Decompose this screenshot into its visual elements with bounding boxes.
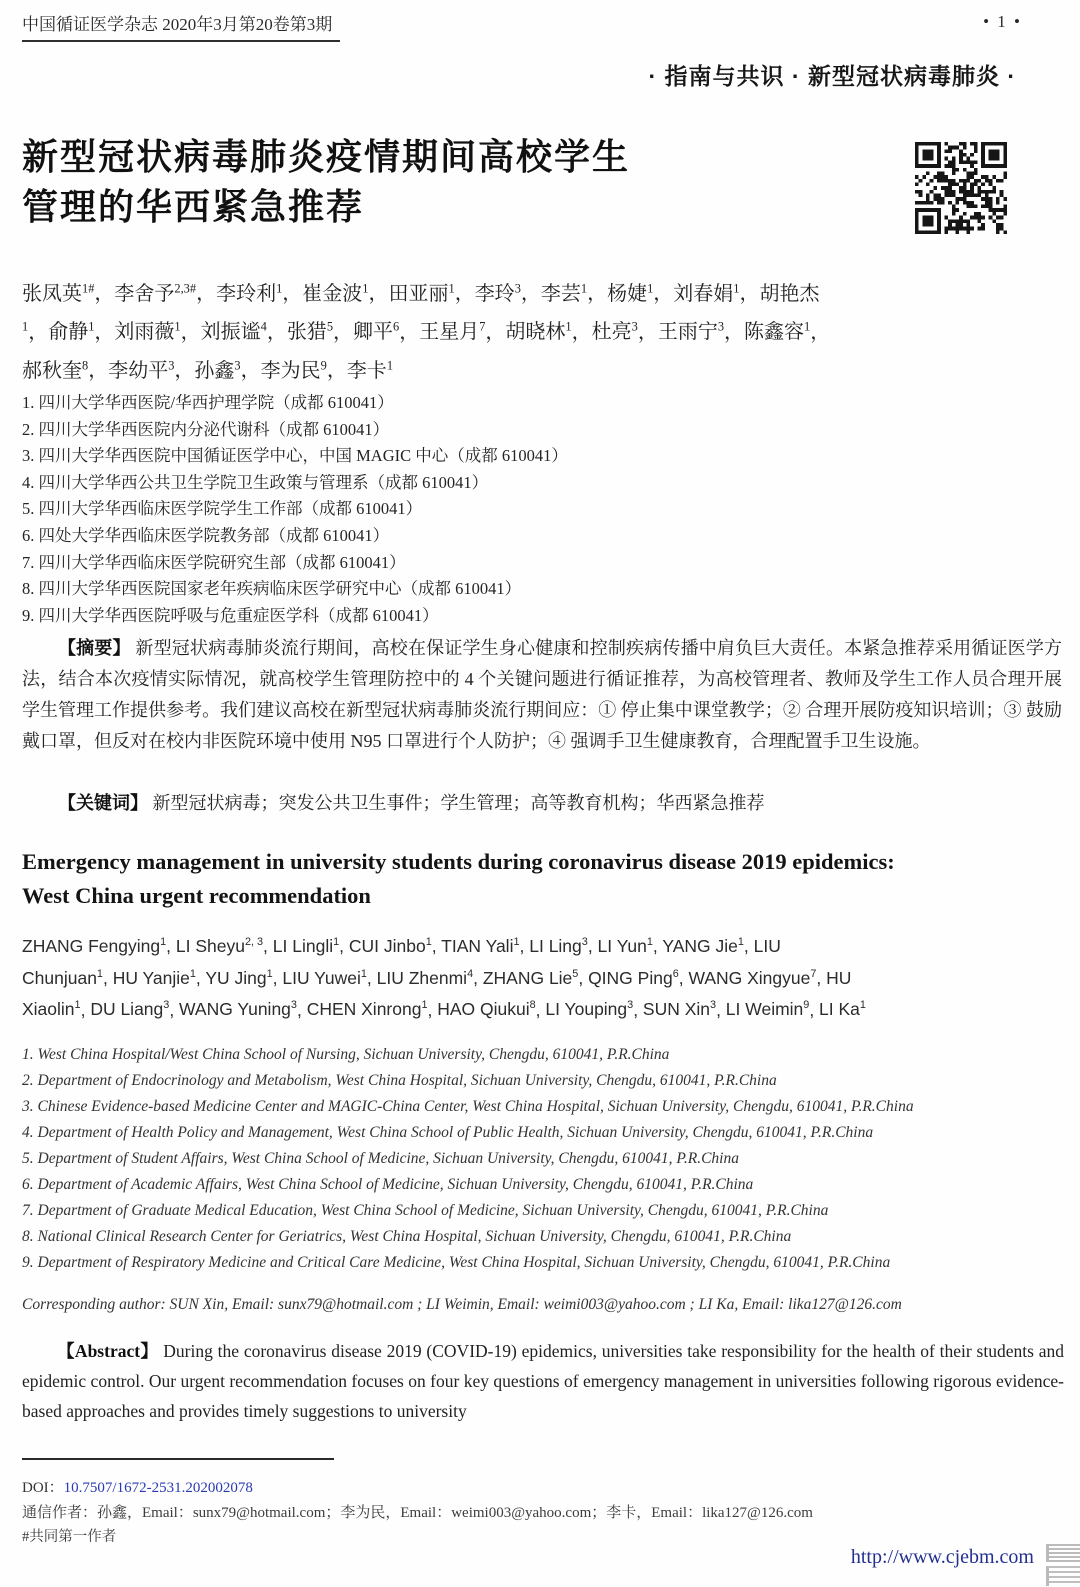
author-cn-superscript: 1: [647, 281, 653, 295]
author-cn-superscript: 1: [581, 281, 587, 295]
section-label: · 指南与共识 · 新型冠状病毒肺炎 ·: [22, 58, 1016, 91]
author-cn-name: 李幼平: [108, 360, 168, 382]
author-cn-superscript: 1: [276, 281, 282, 295]
author-en: LI Lingli1: [273, 936, 339, 956]
author-en: HAO Qiukui8: [437, 999, 535, 1019]
footnote-separator: [22, 1458, 334, 1460]
author-en-superscript: 1: [97, 968, 103, 980]
keywords-cn: 【关键词】 新型冠状病毒；突发公共卫生事件；学生管理；高等教育机构；华西紧急推荐: [22, 789, 1062, 815]
author-cn-superscript: 1: [804, 320, 810, 334]
watermark-stripe-top: [1046, 1544, 1080, 1562]
author-cn: 李芸1: [541, 283, 587, 305]
author-cn-superscript: 1: [174, 320, 180, 334]
author-en-superscript: 1: [190, 968, 196, 980]
author-en-superscript: 3: [291, 1000, 297, 1012]
affiliation-en-item: 1. West China Hospital/West China School…: [22, 1042, 1010, 1068]
author-en-superscript: 2, 3: [245, 936, 263, 948]
affiliation-en-item: 7. Department of Graduate Medical Educat…: [22, 1198, 1010, 1224]
author-cn: 崔金波1: [302, 283, 368, 305]
author-en-superscript: 1: [647, 936, 653, 948]
author-cn: 李幼平3: [108, 360, 174, 382]
author-en-name: TIAN Yali: [441, 936, 513, 956]
author-en-name: LI Lingli: [273, 936, 333, 956]
author-cn-name: 崔金波: [302, 283, 362, 305]
author-cn: 卿平6: [353, 321, 399, 343]
author-cn-name: 田亚丽: [388, 283, 448, 305]
author-en-superscript: 3: [627, 1000, 633, 1012]
affiliation-en-item: 4. Department of Health Policy and Manag…: [22, 1120, 1010, 1146]
author-en-superscript: 3: [710, 1000, 716, 1012]
author-cn-name: 杨婕: [607, 283, 647, 305]
abstract-cn: 【摘要】 新型冠状病毒肺炎流行期间，高校在保证学生身心健康和控制疾病传播中肩负巨…: [22, 633, 1062, 757]
author-cn-name: 王星月: [419, 321, 479, 343]
author-en-name: YU Jing: [205, 968, 266, 988]
affiliation-cn-item: 6. 四处大学华西临床医学院教务部（成都 610041）: [22, 523, 1032, 550]
author-cn-superscript: 3: [515, 281, 521, 295]
author-cn: 李玲利1: [216, 283, 282, 305]
author-en-superscript: 1: [160, 936, 166, 948]
author-en-name: HU Yanjie: [113, 968, 190, 988]
journal-url: http://www.cjebm.com: [600, 1546, 1034, 1569]
author-en-name: CUI Jinbo: [349, 936, 426, 956]
abstract-en-text: During the coronavirus disease 2019 (COV…: [22, 1341, 1064, 1421]
author-cn-name: 刘振谧: [201, 321, 261, 343]
author-cn: 郝秋奎8: [22, 360, 88, 382]
author-en-name: LI Yun: [598, 936, 647, 956]
author-cn-superscript: 3: [168, 358, 174, 372]
abstract-cn-text: 新型冠状病毒肺炎流行期间，高校在保证学生身心健康和控制疾病传播中肩负巨大责任。本…: [22, 638, 1062, 751]
watermark-stripe-bottom: [1046, 1566, 1080, 1586]
author-cn-name: 卿平: [353, 321, 393, 343]
author-en-superscript: 9: [803, 1000, 809, 1012]
author-cn: 陈鑫容1: [744, 321, 810, 343]
author-cn: 俞静1: [48, 321, 94, 343]
author-cn: 孙鑫3: [194, 360, 240, 382]
author-cn: 杜亮3: [592, 321, 638, 343]
doi-link[interactable]: 10.7507/1672-2531.202002078: [64, 1480, 253, 1496]
author-cn: 张猎5: [287, 321, 333, 343]
author-en-superscript: 1: [333, 936, 339, 948]
affiliation-cn-item: 9. 四川大学华西医院呼吸与危重症医学科（成都 610041）: [22, 603, 1032, 630]
author-cn-superscript: 6: [393, 320, 399, 334]
author-cn-name: 李舍予: [114, 283, 174, 305]
article-title-en: Emergency management in university stude…: [22, 845, 942, 913]
author-cn-name: 郝秋奎: [22, 360, 82, 382]
author-en: WANG Xingyue7: [688, 968, 816, 988]
journal-url-link[interactable]: http://www.cjebm.com: [851, 1546, 1034, 1568]
author-cn-superscript: 3: [234, 358, 240, 372]
author-cn-superscript: 5: [327, 320, 333, 334]
author-en-superscript: 1: [426, 936, 432, 948]
author-en: YU Jing1: [205, 968, 272, 988]
corresponding-author-cn: 通信作者：孙鑫，Email：sunx79@hotmail.com；李为民，Ema…: [22, 1501, 1052, 1522]
page-number: • 1 •: [983, 10, 1022, 32]
affiliation-en-item: 2. Department of Endocrinology and Metab…: [22, 1068, 1010, 1094]
author-cn-superscript: 9: [321, 358, 327, 372]
affiliation-cn-item: 1. 四川大学华西医院/华西护理学院（成都 610041）: [22, 390, 1032, 417]
author-en: WANG Yuning3: [179, 999, 297, 1019]
author-en-name: LI Ling: [529, 936, 582, 956]
journal-page: 中国循证医学杂志 2020年3月第20卷第3期 • 1 • · 指南与共识 · …: [0, 0, 1080, 1587]
author-en-superscript: 1: [860, 1000, 866, 1012]
author-en-name: YANG Jie: [662, 936, 738, 956]
author-cn: 李舍予2,3#: [114, 283, 196, 305]
author-cn-superscript: 4: [261, 320, 267, 334]
doi-line: DOI：10.7507/1672-2531.202002078: [22, 1476, 253, 1497]
author-en: LI Ka1: [819, 999, 866, 1019]
author-cn-name: 杜亮: [592, 321, 632, 343]
author-en-name: CHEN Xinrong: [307, 999, 422, 1019]
author-en-superscript: 4: [467, 968, 473, 980]
author-cn: 王星月7: [419, 321, 485, 343]
author-cn: 杨婕1: [607, 283, 653, 305]
page-header: 中国循证医学杂志 2020年3月第20卷第3期 • 1 •: [22, 10, 1022, 42]
author-en-name: ZHANG Fengying: [22, 936, 160, 956]
author-cn-superscript: 1#: [82, 281, 94, 295]
keywords-cn-text: 新型冠状病毒；突发公共卫生事件；学生管理；高等教育机构；华西紧急推荐: [153, 793, 765, 813]
author-cn: 刘春娟1: [673, 283, 739, 305]
affiliation-en-item: 9. Department of Respiratory Medicine an…: [22, 1250, 1010, 1276]
author-en-name: DU Liang: [90, 999, 163, 1019]
author-en-name: QING Ping: [588, 968, 673, 988]
author-en: LI Yun1: [598, 936, 653, 956]
affiliation-cn-item: 2. 四川大学华西医院内分泌代谢科（成都 610041）: [22, 417, 1032, 444]
affiliation-cn-item: 7. 四川大学华西临床医学院研究生部（成都 610041）: [22, 550, 1032, 577]
keywords-cn-label: 【关键词】: [58, 793, 148, 813]
author-cn: 李玲3: [475, 283, 521, 305]
author-cn-name: 李为民: [261, 360, 321, 382]
author-en-superscript: 1: [421, 1000, 427, 1012]
author-cn: 田亚丽1: [388, 283, 454, 305]
author-cn-superscript: 7: [479, 320, 485, 334]
author-en-name: ZHANG Lie: [483, 968, 572, 988]
author-en-name: LI Sheyu: [176, 936, 245, 956]
author-en-name: HAO Qiukui: [437, 999, 529, 1019]
affiliation-en-item: 8. National Clinical Research Center for…: [22, 1224, 1010, 1250]
author-cn-name: 胡艳杰: [760, 283, 820, 305]
author-en-name: LI Weimin: [726, 999, 803, 1019]
author-en-name: WANG Yuning: [179, 999, 291, 1019]
author-en: YANG Jie1: [662, 936, 744, 956]
author-cn-name: 刘雨薇: [114, 321, 174, 343]
qr-code-image: [915, 142, 1007, 234]
author-en: CHEN Xinrong1: [307, 999, 428, 1019]
article-title-cn: 新型冠状病毒肺炎疫情期间高校学生管理的华西紧急推荐: [22, 132, 654, 232]
abstract-en: 【Abstract】 During the coronavirus diseas…: [22, 1336, 1064, 1426]
author-en: SUN Xin3: [643, 999, 716, 1019]
doi-label: DOI：: [22, 1480, 64, 1496]
author-en: LI Sheyu2, 3: [176, 936, 263, 956]
co-first-author-note: #共同第一作者: [22, 1525, 116, 1546]
author-en-name: SUN Xin: [643, 999, 710, 1019]
corresponding-author-en: Corresponding author: SUN Xin, Email: su…: [22, 1296, 1032, 1314]
affiliation-cn-item: 3. 四川大学华西医院中国循证医学中心，中国 MAGIC 中心（成都 61004…: [22, 443, 1032, 470]
authors-cn: 张凤英1#，李舍予2,3#，李玲利1，崔金波1，田亚丽1，李玲3，李芸1，杨婕1…: [22, 272, 834, 388]
author-en: CUI Jinbo1: [349, 936, 432, 956]
author-cn-superscript: 8: [82, 358, 88, 372]
author-en-superscript: 1: [75, 1000, 81, 1012]
author-cn: 李卡1: [347, 360, 393, 382]
author-cn-superscript: 1: [448, 281, 454, 295]
author-cn-name: 孙鑫: [194, 360, 234, 382]
author-cn-name: 刘春娟: [673, 283, 733, 305]
author-en: LIU Yuwei1: [282, 968, 367, 988]
abstract-cn-label: 【摘要】: [58, 638, 131, 658]
author-en: ZHANG Fengying1: [22, 936, 166, 956]
author-en-superscript: 3: [163, 1000, 169, 1012]
author-cn-superscript: 1: [565, 320, 571, 334]
author-cn-superscript: 1: [362, 281, 368, 295]
watermark-logo: [1046, 1544, 1080, 1587]
author-cn-superscript: 1: [733, 281, 739, 295]
affiliation-en-item: 3. Chinese Evidence-based Medicine Cente…: [22, 1094, 1010, 1120]
affiliation-en-item: 6. Department of Academic Affairs, West …: [22, 1172, 1010, 1198]
affiliation-cn-item: 4. 四川大学华西公共卫生学院卫生政策与管理系（成都 610041）: [22, 470, 1032, 497]
author-cn-superscript: 3: [632, 320, 638, 334]
author-en: TIAN Yali1: [441, 936, 519, 956]
journal-issue-info: 中国循证医学杂志 2020年3月第20卷第3期: [22, 10, 340, 42]
author-en-name: WANG Xingyue: [688, 968, 810, 988]
authors-en: ZHANG Fengying1, LI Sheyu2, 3, LI Lingli…: [22, 928, 867, 1023]
author-en: DU Liang3: [90, 999, 169, 1019]
author-en-name: LI Youping: [545, 999, 627, 1019]
author-cn-name: 李卡: [347, 360, 387, 382]
author-en: HU Yanjie1: [113, 968, 196, 988]
author-cn: 胡晓林1: [505, 321, 571, 343]
affiliation-en-item: 5. Department of Student Affairs, West C…: [22, 1146, 1010, 1172]
author-cn-name: 李芸: [541, 283, 581, 305]
author-cn: 李为民9: [261, 360, 327, 382]
author-en-superscript: 1: [267, 968, 273, 980]
author-en-superscript: 5: [572, 968, 578, 980]
author-cn: 王雨宁3: [658, 321, 724, 343]
author-en-superscript: 7: [810, 968, 816, 980]
qr-code-icon: [915, 142, 1007, 234]
author-cn-name: 李玲利: [216, 283, 276, 305]
author-en: ZHANG Lie5: [483, 968, 579, 988]
author-en-superscript: 8: [530, 1000, 536, 1012]
author-en-name: LIU Yuwei: [282, 968, 360, 988]
author-cn-superscript: 2,3#: [174, 281, 196, 295]
author-en: LI Ling3: [529, 936, 588, 956]
author-en-superscript: 3: [582, 936, 588, 948]
author-cn-name: 俞静: [48, 321, 88, 343]
author-cn: 张凤英1#: [22, 283, 94, 305]
affiliation-cn-item: 8. 四川大学华西医院国家老年疾病临床医学研究中心（成都 610041）: [22, 576, 1032, 603]
author-cn-name: 胡晓林: [505, 321, 565, 343]
author-cn-name: 陈鑫容: [744, 321, 804, 343]
author-cn-superscript: 3: [718, 320, 724, 334]
author-en-name: LIU Zhenmi: [377, 968, 467, 988]
author-en-superscript: 1: [738, 936, 744, 948]
author-cn-name: 王雨宁: [658, 321, 718, 343]
author-cn-name: 李玲: [475, 283, 515, 305]
author-en-name: LI Ka: [819, 999, 860, 1019]
author-en: LI Weimin9: [726, 999, 810, 1019]
author-cn-superscript: 1: [88, 320, 94, 334]
author-en-superscript: 1: [513, 936, 519, 948]
author-cn: 刘振谧4: [201, 321, 267, 343]
author-cn-name: 张猎: [287, 321, 327, 343]
author-cn-name: 张凤英: [22, 283, 82, 305]
affiliations-en: 1. West China Hospital/West China School…: [22, 1042, 1010, 1276]
author-cn: 刘雨薇1: [114, 321, 180, 343]
affiliation-cn-item: 5. 四川大学华西临床医学院学生工作部（成都 610041）: [22, 496, 1032, 523]
abstract-en-label: 【Abstract】: [57, 1341, 158, 1361]
affiliations-cn: 1. 四川大学华西医院/华西护理学院（成都 610041）2. 四川大学华西医院…: [22, 390, 1032, 629]
author-cn-superscript: 1: [387, 358, 393, 372]
author-en: LIU Zhenmi4: [377, 968, 473, 988]
author-cn-superscript: 1: [22, 320, 28, 334]
author-en-superscript: 1: [361, 968, 367, 980]
author-en: QING Ping6: [588, 968, 679, 988]
author-en-superscript: 6: [673, 968, 679, 980]
author-en: LI Youping3: [545, 999, 633, 1019]
